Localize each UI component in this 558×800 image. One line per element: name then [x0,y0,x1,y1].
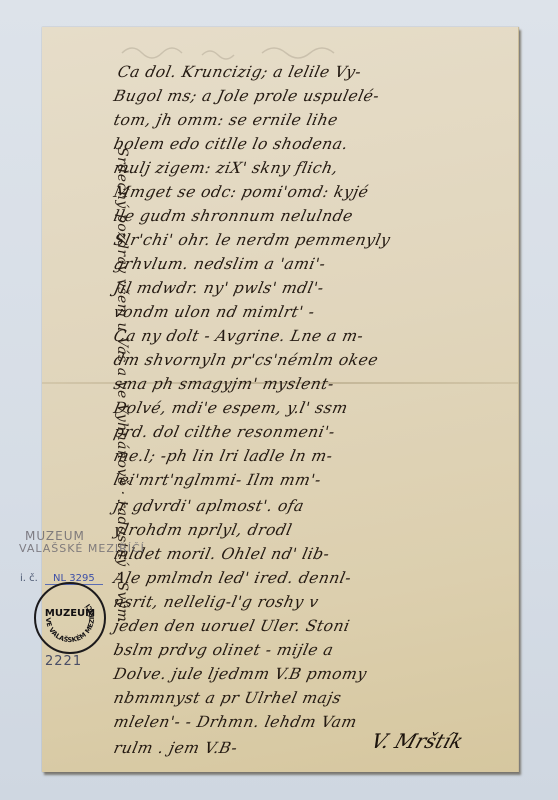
letter-line: sma ph smagyjm' myslent- [112,375,336,393]
letter-line: jeden den uoruel Uler. Stoni [112,617,351,635]
letter-line: Mmget se odc: pomi'omd: kyjé [112,183,370,201]
museum-stamp-line2: VALAŠSKÉ MEZIŘÍČÍ [19,543,145,555]
catalog-number: 2221 [45,654,82,669]
letter-line: mlelen'- - Drhmn. lehdm Vam [112,713,359,731]
museum-header-stamp: MUZEUM VALAŠSKÉ MEZIŘÍČÍ [19,530,145,555]
signature: V. Mrštík [368,729,466,753]
inventory-label: i. č. [20,573,38,584]
letter-line: Dolvé, mdi'e espem, y.l' ssm [112,399,349,417]
letter-line: grhvlum. nedslim a 'ami'- [112,255,327,273]
letter-line: mulj zigem: ziX' skny flich, [112,159,340,177]
round-stamp-center-text: MUZEUM [36,608,104,619]
letter-line: Ca dol. Kruncizig; a lelile Vy- [116,63,363,81]
letter-line: jr gdvrdi' aplmost'. ofa [112,497,306,515]
letter-line: mldet moril. Ohlel nd' lib- [112,545,331,563]
letter-line: rulm . jem V.B- [112,739,239,757]
letter-line: prd. dol cilthe resonmeni'- [112,423,337,441]
letter-line: Jil mdwdr. ny' pwls' mdl'- [112,279,326,297]
letter-line: nsrit, nellelig-l'g roshy v [112,593,320,611]
letter-line: lle gudm shronnum nelulnde [112,207,355,225]
letter-line: nbmmnyst a pr Ulrhel majs [112,689,343,707]
letter-line: Bugol ms; a Jole prole uspulelé- [112,87,381,105]
letter-line: tom, jh omm: se ernile lihe [112,111,340,129]
letter-line: me.l; -ph lin lri ladle ln m- [112,447,334,465]
letter-line: vondm ulon nd mimlrt' - [112,303,316,321]
letter-line: bolem edo citlle lo shodena. [112,135,350,153]
round-museum-stamp: VE VALAŠSKÉM MEZIŘÍČÍ MUZEUM [34,582,106,654]
letter-line: lei'mrt'nglmmi- Ilm mm'- [112,471,323,489]
letter-line: Dolve. jule ljedmm V.B pmomy [112,665,368,683]
letter-line: Ale pmlmdn led' ired. dennl- [112,569,353,587]
letter-line: bslm prdvg olinet - mijle a [112,641,335,659]
letter-line: Slr'chi' ohr. le nerdm pemmenyly [112,231,392,249]
letter-paper: Ca dol. Kruncizig; a lelile Vy- Bugol ms… [42,27,519,772]
letter-line: dm shvornyln pr'cs'némlm okee [112,351,380,369]
letter-line: Ca ny dolt - Avgrine. Lne a m- [112,327,365,345]
